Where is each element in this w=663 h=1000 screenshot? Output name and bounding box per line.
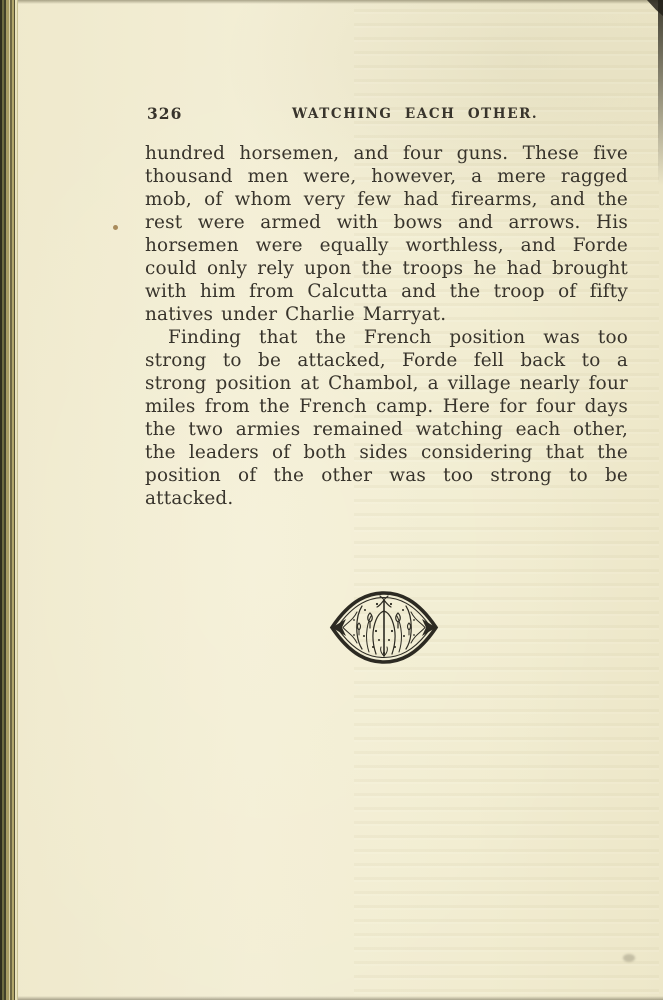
page-bottom-edge-shadow: [18, 996, 663, 1000]
running-header-title: WATCHING EACH OTHER.: [292, 106, 538, 122]
floral-lens-ornament-icon: [329, 590, 439, 665]
paragraph: hundred horsemen, and four guns. These f…: [145, 142, 628, 326]
running-header: 326 WATCHING EACH OTHER.: [145, 104, 628, 124]
page-right-edge-shadow: [658, 0, 663, 185]
scanned-book-page: 326 WATCHING EACH OTHER. hundred horseme…: [0, 0, 663, 1000]
paper-smudge: [623, 954, 635, 962]
text-block: 326 WATCHING EACH OTHER. hundred horseme…: [145, 104, 628, 510]
page-number: 326: [147, 104, 182, 123]
page-top-edge-shadow: [18, 0, 663, 4]
foxing-spot: [113, 225, 118, 230]
book-binding-edge: [0, 0, 20, 1000]
top-right-corner-shadow: [647, 0, 663, 16]
paragraph: Finding that the French position was too…: [145, 326, 628, 510]
body-text: hundred horsemen, and four guns. These f…: [145, 142, 628, 510]
